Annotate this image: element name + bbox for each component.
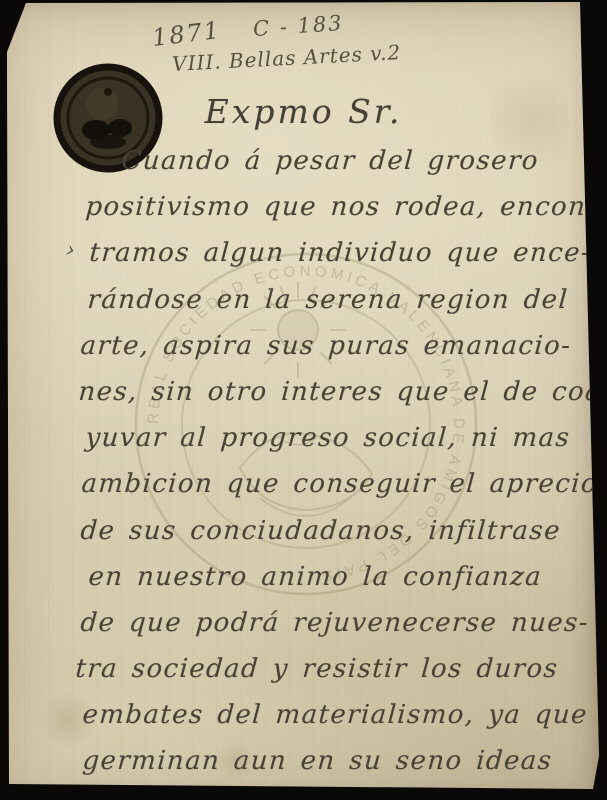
annotation-code: C - 183: [252, 11, 344, 41]
manuscript-line: rándose en la serena region del: [85, 285, 581, 331]
manuscript-line: yuvar al progreso social, ni mas: [83, 423, 581, 469]
annotation-year: 1871: [151, 16, 223, 52]
scanned-document: REAL SOCIEDAD ECONOMICA VALENCIANA DE AM…: [0, 0, 607, 800]
manuscript-line: de que podrá rejuvenecerse nues-: [78, 608, 581, 654]
manuscript-line: en nuestro animo la confianza: [86, 562, 581, 608]
manuscript-line: tra sociedad y resistir los duros: [73, 654, 581, 700]
manuscript-line: positivismo que nos rodea, encon-: [83, 192, 581, 238]
manuscript-line: de sus conciudadanos, infiltrase: [78, 516, 581, 562]
manuscript-line: tramos algun individuo que ence-: [87, 238, 581, 284]
manuscript-page: REAL SOCIEDAD ECONOMICA VALENCIANA DE AM…: [0, 0, 607, 800]
salutation: Expmo Sr.: [0, 92, 607, 131]
manuscript-line: germinan aun en su seno ideas: [80, 746, 581, 792]
manuscript-line: nes, sin otro interes que el de coad-: [76, 377, 581, 423]
manuscript-line: arte, aspira sus puras emanacio-: [78, 331, 581, 377]
manuscript-line: ambicion que conseguir el aprecio: [79, 469, 581, 515]
manuscript-line: Cuando á pesar del grosero: [119, 146, 581, 192]
manuscript-body: Cuando á pesar del grosero positivismo q…: [75, 146, 580, 793]
manuscript-line: embates del materialismo, ya que: [80, 700, 581, 746]
